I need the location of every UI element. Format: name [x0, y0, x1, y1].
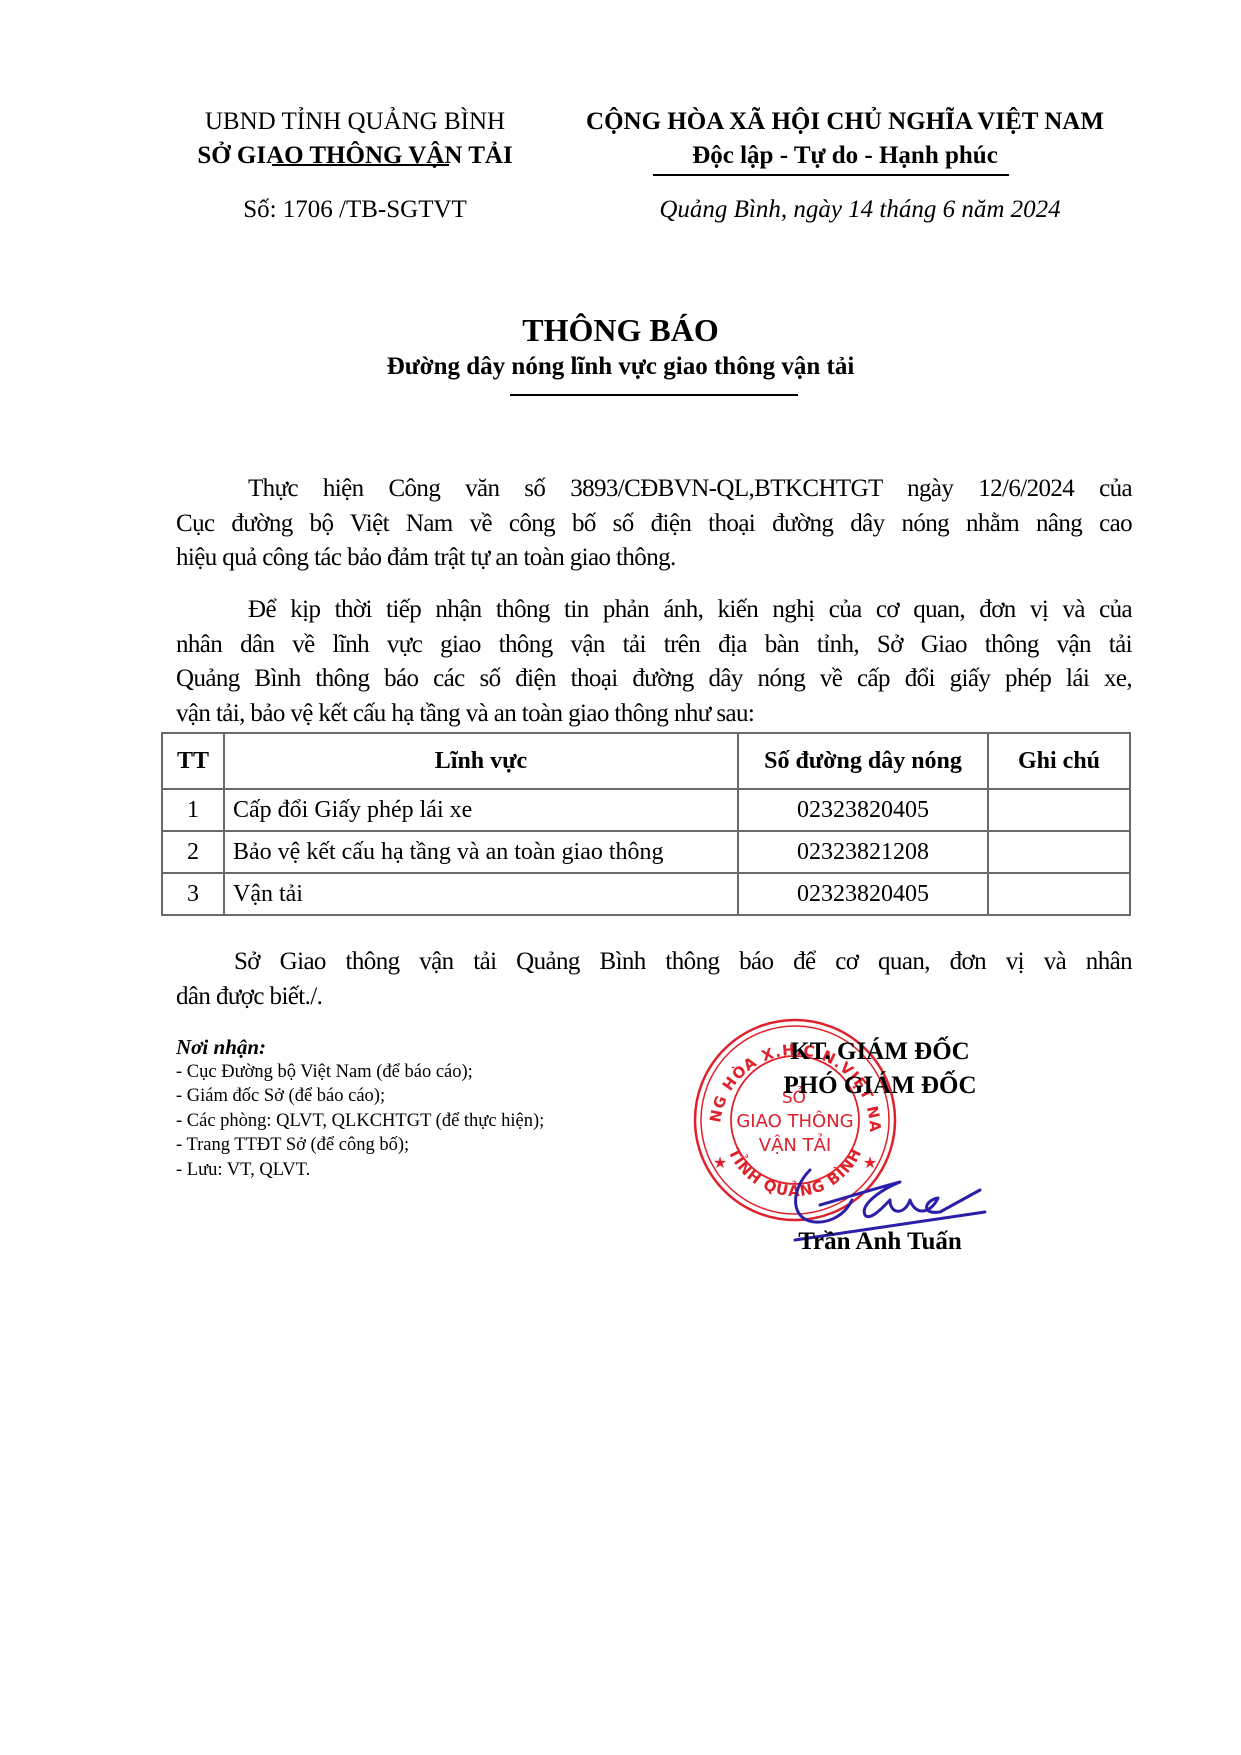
row-phone: 02323821208	[738, 831, 988, 873]
recipient-item: - Cục Đường bộ Việt Nam (để báo cáo);	[176, 1060, 544, 1085]
subtitle-underline	[510, 394, 798, 396]
place-date: Quảng Bình, ngày 14 tháng 6 năm 2024	[560, 196, 1160, 224]
issuing-authority: UBND TỈNH QUẢNG BÌNH	[150, 108, 560, 136]
national-title: CỘNG HÒA XÃ HỘI CHỦ NGHĨA VIỆT NAM	[545, 108, 1145, 136]
table-row: 2 Bảo vệ kết cấu hạ tầng và an toàn giao…	[162, 831, 1130, 873]
row-phone: 02323820405	[738, 873, 988, 915]
row-field: Bảo vệ kết cấu hạ tầng và an toàn giao t…	[224, 831, 738, 873]
row-note	[988, 789, 1130, 831]
recipient-item: - Các phòng: QLVT, QLKCHTGT (để thực hiệ…	[176, 1109, 544, 1134]
row-note	[988, 831, 1130, 873]
paragraph-reference: Thực hiện Công văn số 3893/CĐBVN-QL,BTKC…	[176, 472, 1132, 576]
column-header-tt: TT	[162, 733, 224, 789]
column-header-note: Ghi chú	[988, 733, 1130, 789]
document-subtitle: Đường dây nóng lĩnh vực giao thông vận t…	[0, 353, 1241, 381]
paragraph-line: vận tải, bảo vệ kết cấu hạ tầng và an to…	[176, 697, 1132, 732]
row-field: Vận tải	[224, 873, 738, 915]
row-field: Cấp đổi Giấy phép lái xe	[224, 789, 738, 831]
stamp-center-line: GIAO THÔNG	[736, 1110, 853, 1132]
paragraph-line: nhân dân về lĩnh vực giao thông vận tải …	[176, 628, 1132, 663]
document-title: THÔNG BÁO	[0, 312, 1241, 349]
paragraph-line: Cục đường bộ Việt Nam về công bố số điện…	[176, 507, 1132, 542]
paragraph-line: Quảng Bình thông báo các số điện thoại đ…	[176, 662, 1132, 697]
recipient-item: - Trang TTĐT Sở (để công bố);	[176, 1133, 544, 1158]
column-header-hotline: Số đường dây nóng	[738, 733, 988, 789]
paragraph-closing: Sở Giao thông vận tải Quảng Bình thông b…	[176, 945, 1132, 1014]
row-index: 1	[162, 789, 224, 831]
stamp-star-icon: ★	[713, 1153, 727, 1172]
row-index: 2	[162, 831, 224, 873]
row-index: 3	[162, 873, 224, 915]
recipient-item: - Lưu: VT, QLVT.	[176, 1158, 544, 1183]
paragraph-announcement: Để kịp thời tiếp nhận thông tin phản ánh…	[176, 593, 1132, 731]
recipient-item: - Giám đốc Sở (để báo cáo);	[176, 1084, 544, 1109]
recipients-label: Nơi nhận:	[176, 1035, 544, 1060]
table-header-row: TT Lĩnh vực Số đường dây nóng Ghi chú	[162, 733, 1130, 789]
paragraph-line: Sở Giao thông vận tải Quảng Bình thông b…	[234, 948, 1132, 975]
signer-name: Trần Anh Tuấn	[700, 1228, 1060, 1256]
recipients-block: Nơi nhận: - Cục Đường bộ Việt Nam (để bá…	[176, 1035, 544, 1182]
signature-title-primary: KT. GIÁM ĐỐC	[700, 1038, 1060, 1066]
table-row: 1 Cấp đổi Giấy phép lái xe 02323820405	[162, 789, 1130, 831]
national-motto: Độc lập - Tự do - Hạnh phúc	[545, 142, 1145, 170]
row-note	[988, 873, 1130, 915]
motto-underline	[653, 174, 1009, 176]
paragraph-line: Để kịp thời tiếp nhận thông tin phản ánh…	[248, 596, 1132, 623]
document-number: Số: 1706 /TB-SGTVT	[150, 196, 560, 224]
column-header-field: Lĩnh vực	[224, 733, 738, 789]
paragraph-line: hiệu quả công tác bảo đảm trật tự an toà…	[176, 541, 1132, 576]
hotline-table: TT Lĩnh vực Số đường dây nóng Ghi chú 1 …	[161, 732, 1131, 916]
row-phone: 02323820405	[738, 789, 988, 831]
stamp-center-line: VẬN TẢI	[759, 1133, 831, 1156]
table-row: 3 Vận tải 02323820405	[162, 873, 1130, 915]
paragraph-line: Thực hiện Công văn số 3893/CĐBVN-QL,BTKC…	[248, 475, 1132, 502]
signature-title-secondary: PHÓ GIÁM ĐỐC	[700, 1072, 1060, 1100]
department-underline	[272, 164, 449, 166]
paragraph-line: dân được biết./.	[176, 980, 1132, 1015]
